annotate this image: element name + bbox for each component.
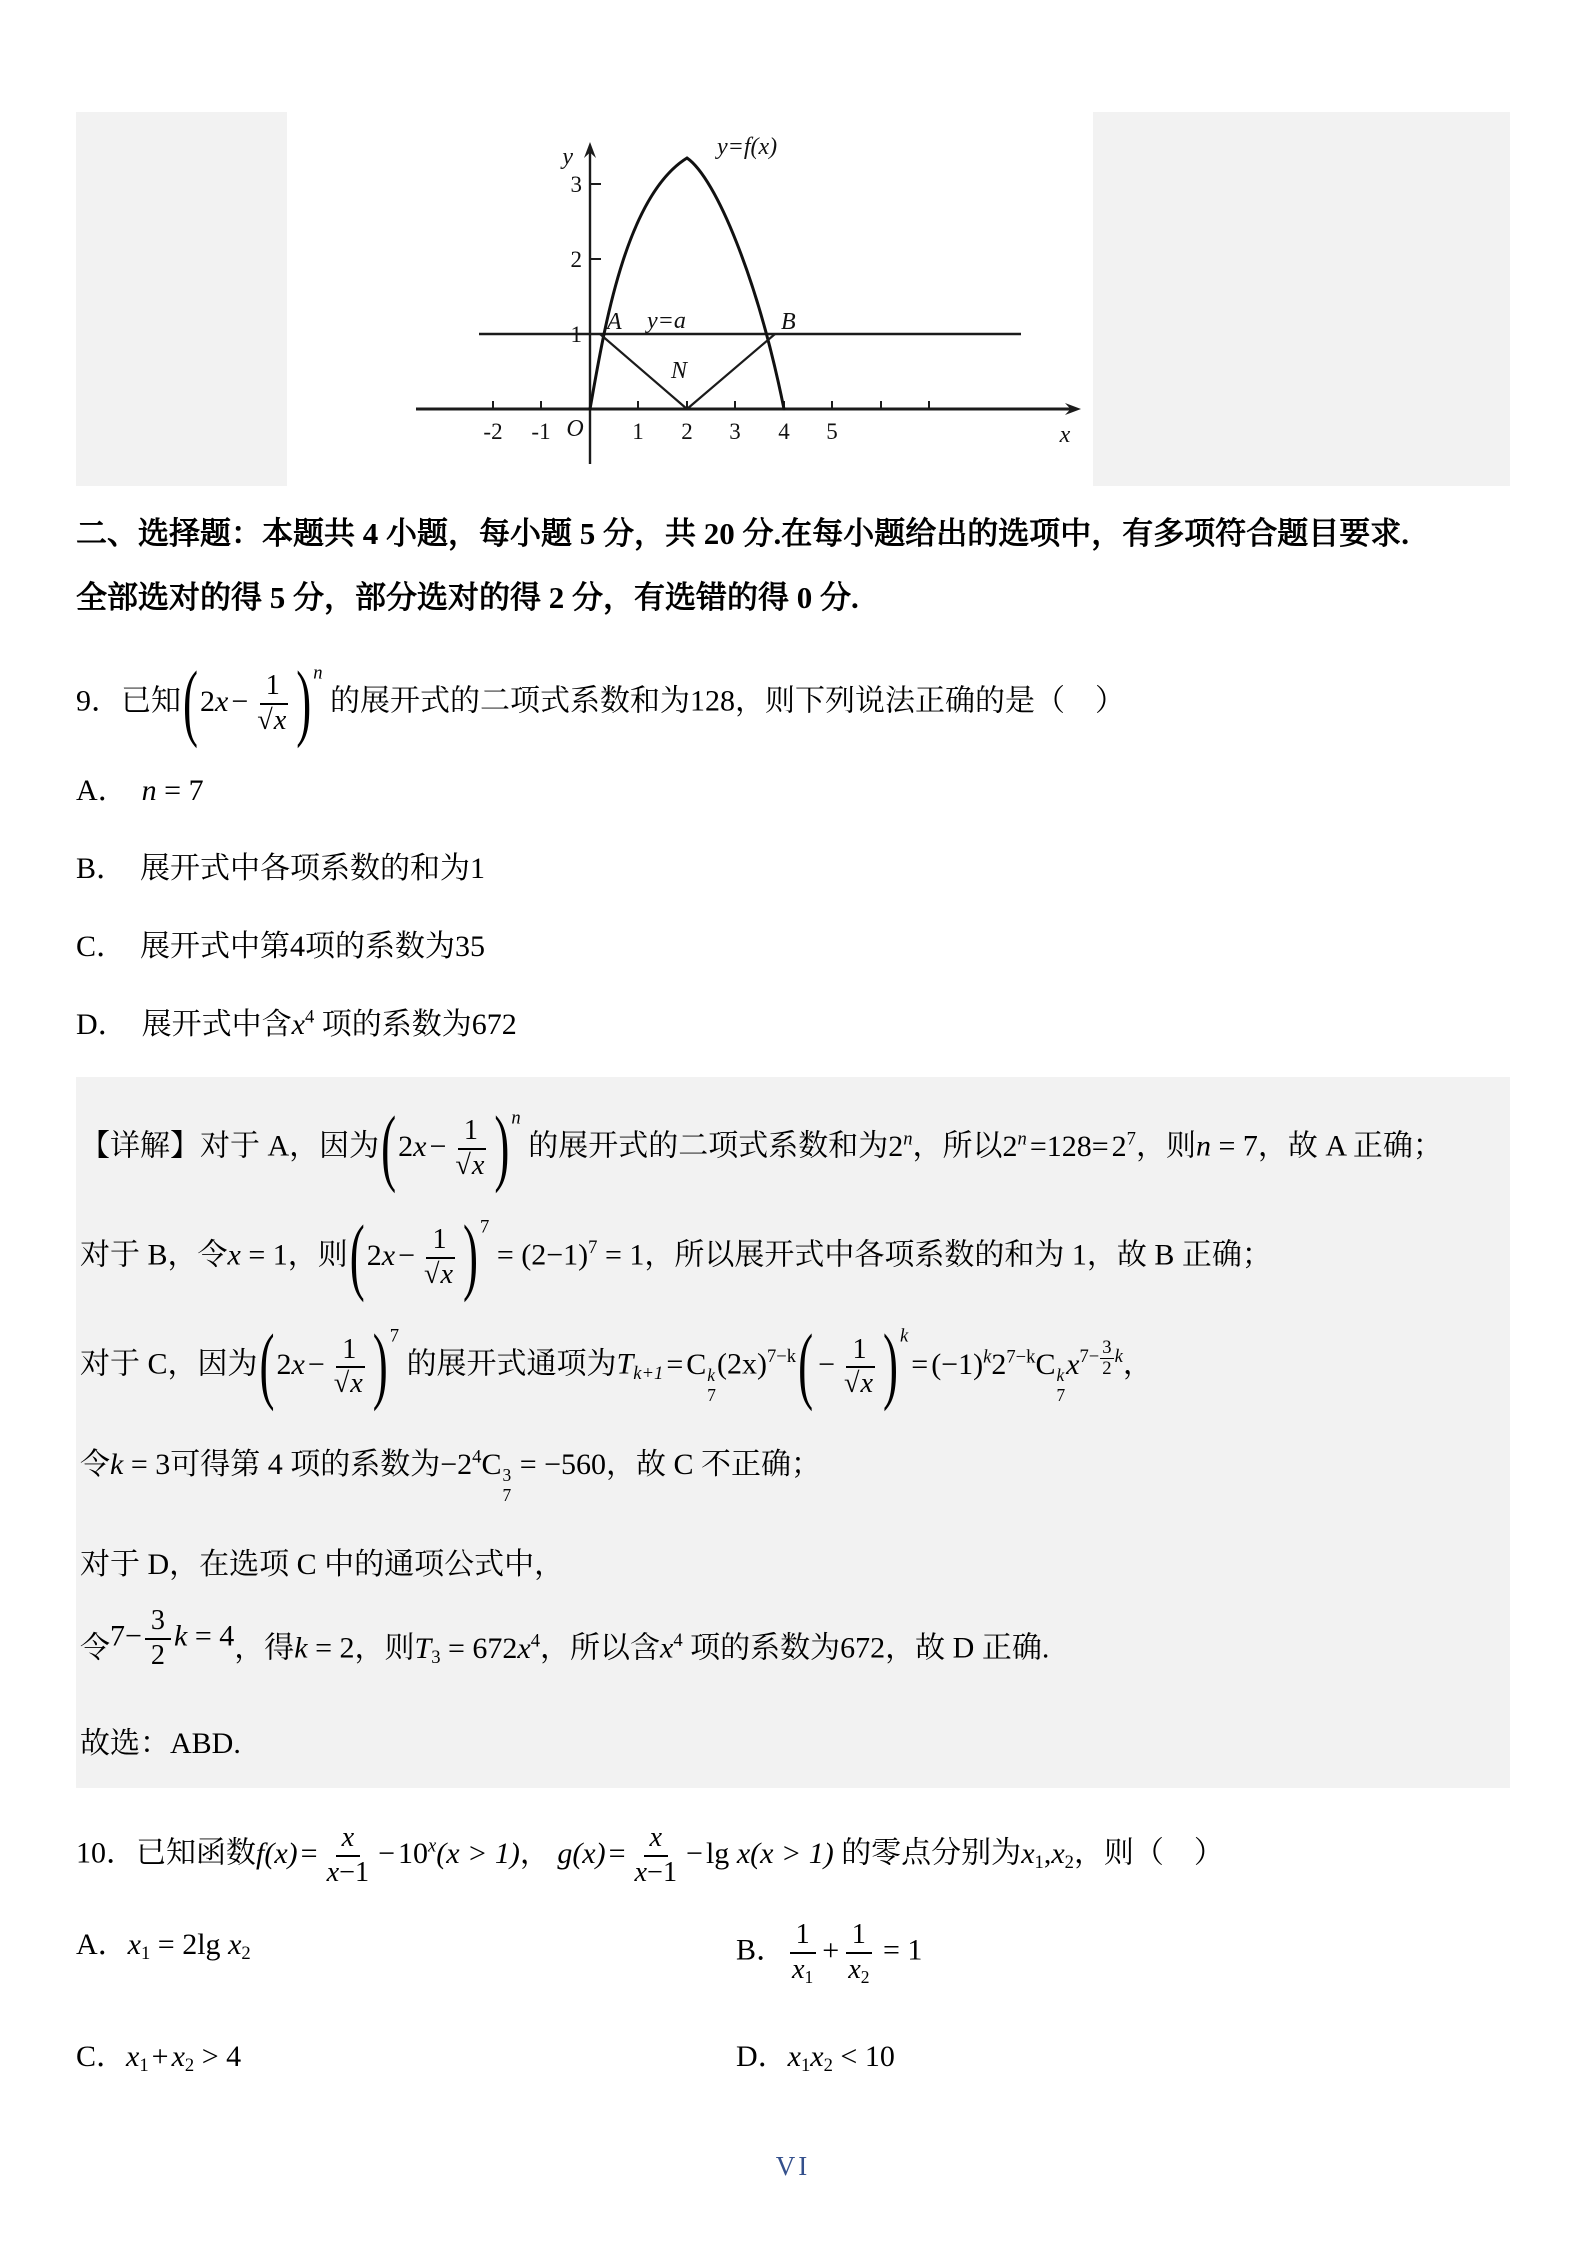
sol-c1: 对于 C，因为 [80, 1348, 258, 1381]
k-var: k [174, 1620, 187, 1653]
k-var: k [294, 1632, 307, 1665]
denominator: √x [421, 1259, 458, 1291]
f-definition: f(x)=xx−1−10x(x > 1)， [256, 1837, 550, 1870]
exp-fraction: 32 [1100, 1338, 1113, 1378]
x1-var: x [792, 1954, 805, 1985]
exponent-k: k [900, 1325, 908, 1346]
option-9d: D．展开式中含x4 项的系数为672 [76, 999, 1510, 1043]
sqrt-symbol: √ [257, 705, 272, 736]
x1-var: x [126, 2040, 139, 2073]
coef-value: = −560 [520, 1448, 606, 1481]
den-var: x [635, 1857, 648, 1888]
exp-post: k [1115, 1346, 1123, 1367]
two-exp: 7−k [1006, 1346, 1035, 1367]
C-scripts: k7 [707, 1366, 716, 1405]
g-arg: (x) [572, 1837, 605, 1870]
paren-2x-exp: 7−k [767, 1346, 796, 1367]
question-9-number: 9． [76, 685, 121, 718]
coef: 2 [277, 1348, 292, 1381]
radicand: x [439, 1257, 456, 1290]
n-var: n [1196, 1130, 1211, 1163]
eq-2n-128: 2n=128=27 [1003, 1130, 1136, 1163]
x1-var: x [788, 2040, 801, 2073]
option-9d-var: x [292, 1008, 305, 1041]
C-sup-k: k [707, 1366, 715, 1385]
solution-9-line-a: 【详解】对于 A，因为(2x−1√x)n 的展开式的二项式系数和为2n，所以2n… [80, 1107, 1506, 1182]
curve-label: y=f(x) [715, 134, 777, 160]
sqrt-symbol: √ [424, 1259, 439, 1290]
minus-op: − [305, 1348, 328, 1381]
binomial-expression-n: (2x−1√x)n [379, 1130, 521, 1163]
option-10d-label: D． [736, 2040, 788, 2073]
option-10b-label: B． [736, 1934, 786, 1967]
function-graph: y x O -2 -1 1 2 3 4 5 1 2 3 y=f(x) [287, 112, 1093, 486]
x-var: x [660, 1632, 673, 1665]
equals: = [663, 1348, 686, 1381]
b-eq2: = 1 [605, 1239, 644, 1272]
question-10-number: 10． [76, 1837, 136, 1870]
x-var: x [1066, 1348, 1079, 1381]
coef: 2 [200, 685, 215, 718]
option-9a: A．n = 7 [76, 765, 1510, 809]
C-sub-7: 7 [502, 1486, 511, 1505]
x-tick-2: 2 [681, 419, 693, 444]
big-right-paren: ) [373, 1323, 388, 1409]
sol-b3: ，所以展开式中各项系数的和为 1，故 B 正确； [644, 1239, 1272, 1272]
exp-pre: 7− [1080, 1346, 1100, 1367]
numerator: 1 [790, 1919, 816, 1953]
C-symbol: C [1035, 1348, 1055, 1381]
numerator: x [644, 1822, 669, 1856]
detail-tag: 【详解】 [80, 1130, 200, 1163]
var-x: x [215, 685, 228, 718]
x1-sub: 1 [141, 1943, 150, 1964]
option-10d: D．x1x2 < 10 [736, 2031, 1510, 2077]
big-left-paren: ( [183, 660, 198, 746]
fraction-1-over-sqrt-x: 1√x [452, 1115, 489, 1182]
denominator: x2 [845, 1954, 872, 1987]
numerator: x [336, 1822, 361, 1856]
exponent-n: n [313, 662, 322, 683]
minus-op: − [395, 1239, 418, 1272]
question-9: 9．已知(2x−1√x)n 的展开式的二项式系数和为128，则下列说法正确的是（… [76, 659, 1510, 1043]
f-domain: (x > 1) [436, 1837, 520, 1870]
page-number: VI [0, 2151, 1586, 2182]
T-symbol: T [617, 1348, 634, 1381]
x1-sub: 1 [139, 2055, 148, 2076]
page-content: y x O -2 -1 1 2 3 4 5 1 2 3 y=f(x) [0, 0, 1586, 2077]
x-tick-1: 1 [632, 419, 644, 444]
x2-sub: 2 [185, 2055, 194, 2076]
x2-sub: 2 [824, 2055, 833, 2076]
C-sub-7: 7 [707, 1386, 716, 1405]
x-axis-label: x [1059, 422, 1071, 448]
option-9c: C．展开式中第4项的系数为35 [76, 921, 1510, 965]
plus-op: + [819, 1934, 842, 1967]
big-left-paren: ( [798, 1323, 813, 1409]
x2-sub: 2 [241, 1943, 250, 1964]
base-2: 2 [1003, 1130, 1018, 1163]
option-9b: B．展开式中各项系数的和为1 [76, 843, 1510, 887]
exp-frac-den: 2 [1102, 1359, 1111, 1379]
x-tick-3: 3 [729, 419, 741, 444]
triangle-lines-ANB [600, 334, 775, 409]
section-header-line1: 二、选择题：本题共 4 小题，每小题 5 分，共 20 分.在每小题给出的选项中… [76, 502, 1510, 566]
option-9d-post: 项的系数为672 [322, 1008, 517, 1041]
option-9d-exp: 4 [305, 1007, 314, 1028]
sol-d6: 项的系数为 [690, 1632, 840, 1665]
fraction-1-over-sqrt-x: 1√x [421, 1224, 458, 1291]
sol-b2: ，则 [288, 1239, 348, 1272]
C-symbol: C [686, 1348, 706, 1381]
solution-9-line-d: 对于 D，在选项 C 中的通项公式中， [80, 1539, 1506, 1583]
binomial-expression-7: (2x−1√x)7 [258, 1348, 400, 1381]
fraction-1-over-sqrt-x: 1√x [841, 1334, 878, 1401]
question-10-lead: 已知函数 [136, 1837, 256, 1870]
question-10-options: A．x1 = 2lg x2 B．1x1+1x2 = 1 C．x1+x2 > 4 … [76, 1919, 1510, 2077]
sol-c5: ，故 C 不正确； [606, 1448, 821, 1481]
option-10c: C．x1+x2 > 4 [76, 2031, 736, 2077]
fraction-3-over-2: 32 [145, 1605, 171, 1672]
sol-d3: ，得 [234, 1632, 294, 1665]
exponent-n: n [511, 1107, 520, 1128]
sol-c3: 令 [80, 1448, 110, 1481]
lhs-pre: 7− [110, 1620, 142, 1653]
var-x: x [292, 1348, 305, 1381]
x2-var: x [848, 1954, 861, 1985]
big-right-paren: ) [494, 1105, 509, 1191]
exp-7: 7 [1127, 1128, 1136, 1149]
minus-op: − [375, 1837, 398, 1870]
base-2: 2 [888, 1130, 903, 1163]
x2-var: x [228, 1928, 241, 1961]
equals-128-equals: =128= [1027, 1130, 1112, 1163]
binomial-expression-7: (2x−1√x)7 [348, 1239, 490, 1272]
fraction-1-over-sqrt-x: 1√x [254, 670, 291, 737]
x-exp-4: 4 [673, 1630, 682, 1651]
solution-9-line-c2: 令k = 3可得第 4 项的系数为−24C37 = −560，故 C 不正确； [80, 1439, 1506, 1505]
option-9a-value: = 7 [164, 774, 203, 807]
x-exponent: 7−32k [1080, 1346, 1123, 1367]
solution-9-line-d2: 令7−32k = 4，得k = 2，则T3 = 672x4，所以含x4 项的系数… [80, 1617, 1506, 1684]
exam-page: y x O -2 -1 1 2 3 4 5 1 2 3 y=f(x) [0, 0, 1586, 2244]
b-eq1-exp: 7 [588, 1237, 597, 1258]
den-var: x [327, 1857, 340, 1888]
denominator: 2 [148, 1640, 168, 1672]
option-9c-text: 展开式中第4项的系数为35 [140, 930, 485, 963]
solution-9: 【详解】对于 A，因为(2x−1√x)n 的展开式的二项式系数和为2n，所以2n… [76, 1077, 1510, 1788]
x2-var: x [172, 2040, 185, 2073]
question-9-stem: 9．已知(2x−1√x)n 的展开式的二项式系数和为128，则下列说法正确的是（… [76, 659, 1510, 737]
C-sup-3: 3 [502, 1466, 511, 1485]
C-sub-7: 7 [1056, 1386, 1065, 1405]
equals: = [298, 1837, 321, 1870]
denominator: x−1 [324, 1857, 373, 1889]
T3-value: = 672 [448, 1632, 517, 1665]
comma: ， [520, 1837, 550, 1870]
numerator: 1 [336, 1334, 362, 1368]
option-10a-label: A． [76, 1928, 128, 1961]
solution-9-line-c: 对于 C，因为(2x−1√x)7 的展开式通项为Tk+1=Ck7(2x)7−k(… [80, 1325, 1506, 1405]
sol-d4: ，则 [355, 1632, 415, 1665]
option-9d-pre: 展开式中含 [142, 1008, 292, 1041]
k-var: k [110, 1448, 123, 1481]
sol-a2: 的展开式的二项式系数和为 [528, 1130, 888, 1163]
coef: 2 [398, 1130, 413, 1163]
rhs: = 4 [195, 1620, 234, 1653]
x-tick-neg1: -1 [531, 419, 550, 444]
numerator: 1 [458, 1115, 484, 1149]
sol-c4: 可得第 4 项的系数为 [170, 1448, 440, 1481]
x2-var: x [1051, 1837, 1064, 1870]
x2-sub: 2 [861, 1966, 870, 1986]
lg-arg: x [737, 1837, 750, 1870]
inner-paren-term: (−1√x)k [796, 1348, 908, 1381]
denominator: x1 [789, 1954, 816, 1987]
question-9-lead: 已知 [121, 685, 181, 718]
numerator: 3 [145, 1605, 171, 1639]
neg-two: −2 [440, 1448, 472, 1481]
hline-label: y=a [645, 308, 686, 334]
exp-frac-num: 3 [1100, 1338, 1113, 1359]
minus-op: − [228, 685, 251, 718]
fraction-1-over-x1: 1x1 [789, 1919, 816, 1986]
C-scripts: k7 [1056, 1366, 1065, 1405]
n-val: = 7 [1218, 1130, 1257, 1163]
g-definition: g(x)=xx−1−lg x(x > 1) [557, 1837, 833, 1870]
sol-a1: 对于 A，因为 [200, 1130, 379, 1163]
lg-symbol: lg [706, 1837, 729, 1870]
T-sub-3: 3 [431, 1647, 440, 1668]
fraction-x-over-x-minus-1: xx−1 [324, 1822, 373, 1889]
big-left-paren: ( [260, 1323, 275, 1409]
question-9-tail: 的展开式的二项式系数和为128，则下列说法正确的是（ ） [330, 685, 1125, 718]
b-eq1: = (2−1) [497, 1239, 588, 1272]
exponent-7: 7 [390, 1325, 399, 1346]
inner-minus: − [815, 1348, 838, 1381]
y-axis-ticks [590, 184, 601, 259]
sol-d7: ，故 D 正确. [885, 1632, 1049, 1665]
c-comma: ， [1123, 1348, 1153, 1381]
sqrt-symbol: √ [455, 1150, 470, 1181]
option-10c-label: C． [76, 2040, 126, 2073]
var-x: x [413, 1130, 426, 1163]
big-right-paren: ) [463, 1214, 478, 1300]
x1-sub: 1 [1035, 1852, 1044, 1873]
k-val: = 2 [315, 1632, 354, 1665]
coef-672: 672 [840, 1632, 885, 1665]
solution-9-line-b: 对于 B，令x = 1，则(2x−1√x)7 = (2−1)7 = 1，所以展开… [80, 1216, 1506, 1291]
result-term: (−1)k27−kCk7x7−32k [931, 1348, 1123, 1381]
point-a-label: A [605, 309, 622, 335]
numerator: 1 [260, 670, 286, 704]
big-right-paren: ) [296, 660, 311, 746]
figure-highlight-band: y x O -2 -1 1 2 3 4 5 1 2 3 y=f(x) [76, 112, 1510, 486]
denominator: √x [452, 1150, 489, 1182]
y-tick-3: 3 [571, 172, 583, 197]
x-tick-neg2: -2 [483, 419, 502, 444]
x-exp-4: 4 [531, 1630, 540, 1651]
coef-expr: −24C37 = −560 [440, 1448, 606, 1481]
C-symbol: C [481, 1448, 501, 1481]
g-name: g [557, 1837, 572, 1870]
sol-b1: 对于 B，令 [80, 1239, 228, 1272]
sol-d1: 对于 D，在选项 C 中的通项公式中， [80, 1548, 564, 1581]
question-10-mid: 的零点分别为 [841, 1837, 1021, 1870]
option-10a: A．x1 = 2lg x2 [76, 1919, 736, 1986]
y-axis-label: y [560, 144, 573, 170]
denominator: √x [331, 1368, 368, 1400]
denominator: √x [841, 1368, 878, 1400]
solution-9-answer: 故选：ABD. [80, 1718, 1506, 1762]
question-10-stem: 10．已知函数f(x)=xx−1−10x(x > 1)， g(x)=xx−1−l… [76, 1822, 1510, 1889]
numerator: 1 [846, 1919, 872, 1953]
y-tick-2: 2 [571, 247, 583, 272]
denominator: x−1 [632, 1857, 681, 1889]
option-9b-label: B． [76, 852, 126, 885]
x-tick-4: 4 [778, 419, 790, 444]
sol-a5: ，故 A 正确； [1258, 1130, 1443, 1163]
exponent-equation: 7−32k = 4 [110, 1605, 234, 1672]
sol-c2: 的展开式通项为 [407, 1348, 617, 1381]
equals: = [908, 1348, 931, 1381]
numerator: 1 [846, 1334, 872, 1368]
plus-op: + [149, 2040, 172, 2073]
paren-2x: (2x) [717, 1348, 767, 1381]
x1-var: x [128, 1928, 141, 1961]
question-9-options: A．n = 7 B．展开式中各项系数的和为1 C．展开式中第4项的系数为35 D… [76, 765, 1510, 1043]
option-9d-label: D． [76, 1008, 128, 1041]
scanned-graph-image: y x O -2 -1 1 2 3 4 5 1 2 3 y=f(x) [287, 112, 1093, 486]
option-9a-label: A． [76, 774, 128, 807]
exponent-7: 7 [480, 1216, 489, 1237]
big-left-paren: ( [381, 1105, 396, 1191]
rhs: < 10 [840, 2040, 894, 2073]
minus-op: − [683, 1837, 706, 1870]
x-tick-5: 5 [826, 419, 838, 444]
binomial-expression: (2x−1√x)n [181, 685, 323, 718]
relation: = 2lg [158, 1928, 221, 1961]
T-subscript: k+1 [633, 1363, 663, 1384]
option-10b: B．1x1+1x2 = 1 [736, 1919, 1510, 1986]
sol-a4: ，则 [1136, 1130, 1196, 1163]
radicand: x [272, 703, 289, 736]
origin-label: O [566, 416, 583, 442]
k-val: = 3 [131, 1448, 170, 1481]
fraction-1-over-sqrt-x: 1√x [331, 1334, 368, 1401]
combination-C7k: Ck7 [686, 1348, 717, 1381]
base-10: 10 [398, 1837, 428, 1870]
x-var: x [517, 1632, 530, 1665]
roots: x1,x2 [1021, 1837, 1074, 1870]
neg-one: (−1) [931, 1348, 983, 1381]
x1-sub: 1 [805, 1966, 814, 1986]
T-symbol: T [415, 1632, 432, 1665]
y-tick-1: 1 [571, 322, 583, 347]
coef: 2 [367, 1239, 382, 1272]
sol-d5: ，所以含 [540, 1632, 660, 1665]
radicand: x [348, 1366, 365, 1399]
radicand: x [470, 1148, 487, 1181]
page-number-text: VI [776, 2151, 811, 2181]
x2-sub: 2 [1065, 1852, 1074, 1873]
sol-d2: 令 [80, 1632, 110, 1665]
big-left-paren: ( [350, 1214, 365, 1300]
section-header-line2: 全部选对的得 5 分，部分选对的得 2 分，有选错的得 0 分. [76, 566, 1510, 630]
numerator: 1 [426, 1224, 452, 1258]
exp-n: n [903, 1128, 912, 1149]
option-9b-text: 展开式中各项系数的和为1 [140, 852, 485, 885]
x1-sub: 1 [801, 2055, 810, 2076]
point-n-label: N [670, 358, 689, 384]
two: 2 [991, 1348, 1006, 1381]
rhs: = 1 [883, 1934, 922, 1967]
C-scripts: 37 [502, 1466, 511, 1505]
question-10-tail: ，则（ ） [1074, 1837, 1224, 1870]
rhs: > 4 [202, 2040, 241, 2073]
pow-2n: 2n [888, 1130, 912, 1163]
sqrt-symbol: √ [334, 1368, 349, 1399]
exp-n: n [1018, 1128, 1027, 1149]
T3-term: T3 = 672x4 [415, 1632, 541, 1665]
denominator: √x [254, 705, 291, 737]
x2-var: x [810, 2040, 823, 2073]
minus-op: − [427, 1130, 450, 1163]
point-b-label: B [781, 309, 796, 335]
C-sup-k: k [1056, 1366, 1064, 1385]
section-header: 二、选择题：本题共 4 小题，每小题 5 分，共 20 分.在每小题给出的选项中… [76, 502, 1510, 629]
equals: = [606, 1837, 629, 1870]
question-10: 10．已知函数f(x)=xx−1−10x(x > 1)， g(x)=xx−1−l… [76, 1822, 1510, 2076]
base-2: 2 [1112, 1130, 1127, 1163]
x1-var: x [1021, 1837, 1034, 1870]
sol-a3: ，所以 [913, 1130, 1003, 1163]
option-9c-label: C． [76, 930, 126, 963]
option-9a-var: n [142, 774, 157, 807]
fraction-1-over-x2: 1x2 [845, 1919, 872, 1986]
den-rest: −1 [339, 1857, 369, 1888]
g-domain: (x > 1) [750, 1837, 834, 1870]
den-rest: −1 [647, 1857, 677, 1888]
b-x: x [228, 1239, 241, 1272]
radicand: x [858, 1366, 875, 1399]
big-right-paren: ) [883, 1323, 898, 1409]
f-arg: (x) [264, 1837, 297, 1870]
answer-text: 故选：ABD. [80, 1727, 241, 1760]
b-x-val: = 1 [248, 1239, 287, 1272]
fraction-x-over-x-minus-1: xx−1 [632, 1822, 681, 1889]
var-x: x [382, 1239, 395, 1272]
